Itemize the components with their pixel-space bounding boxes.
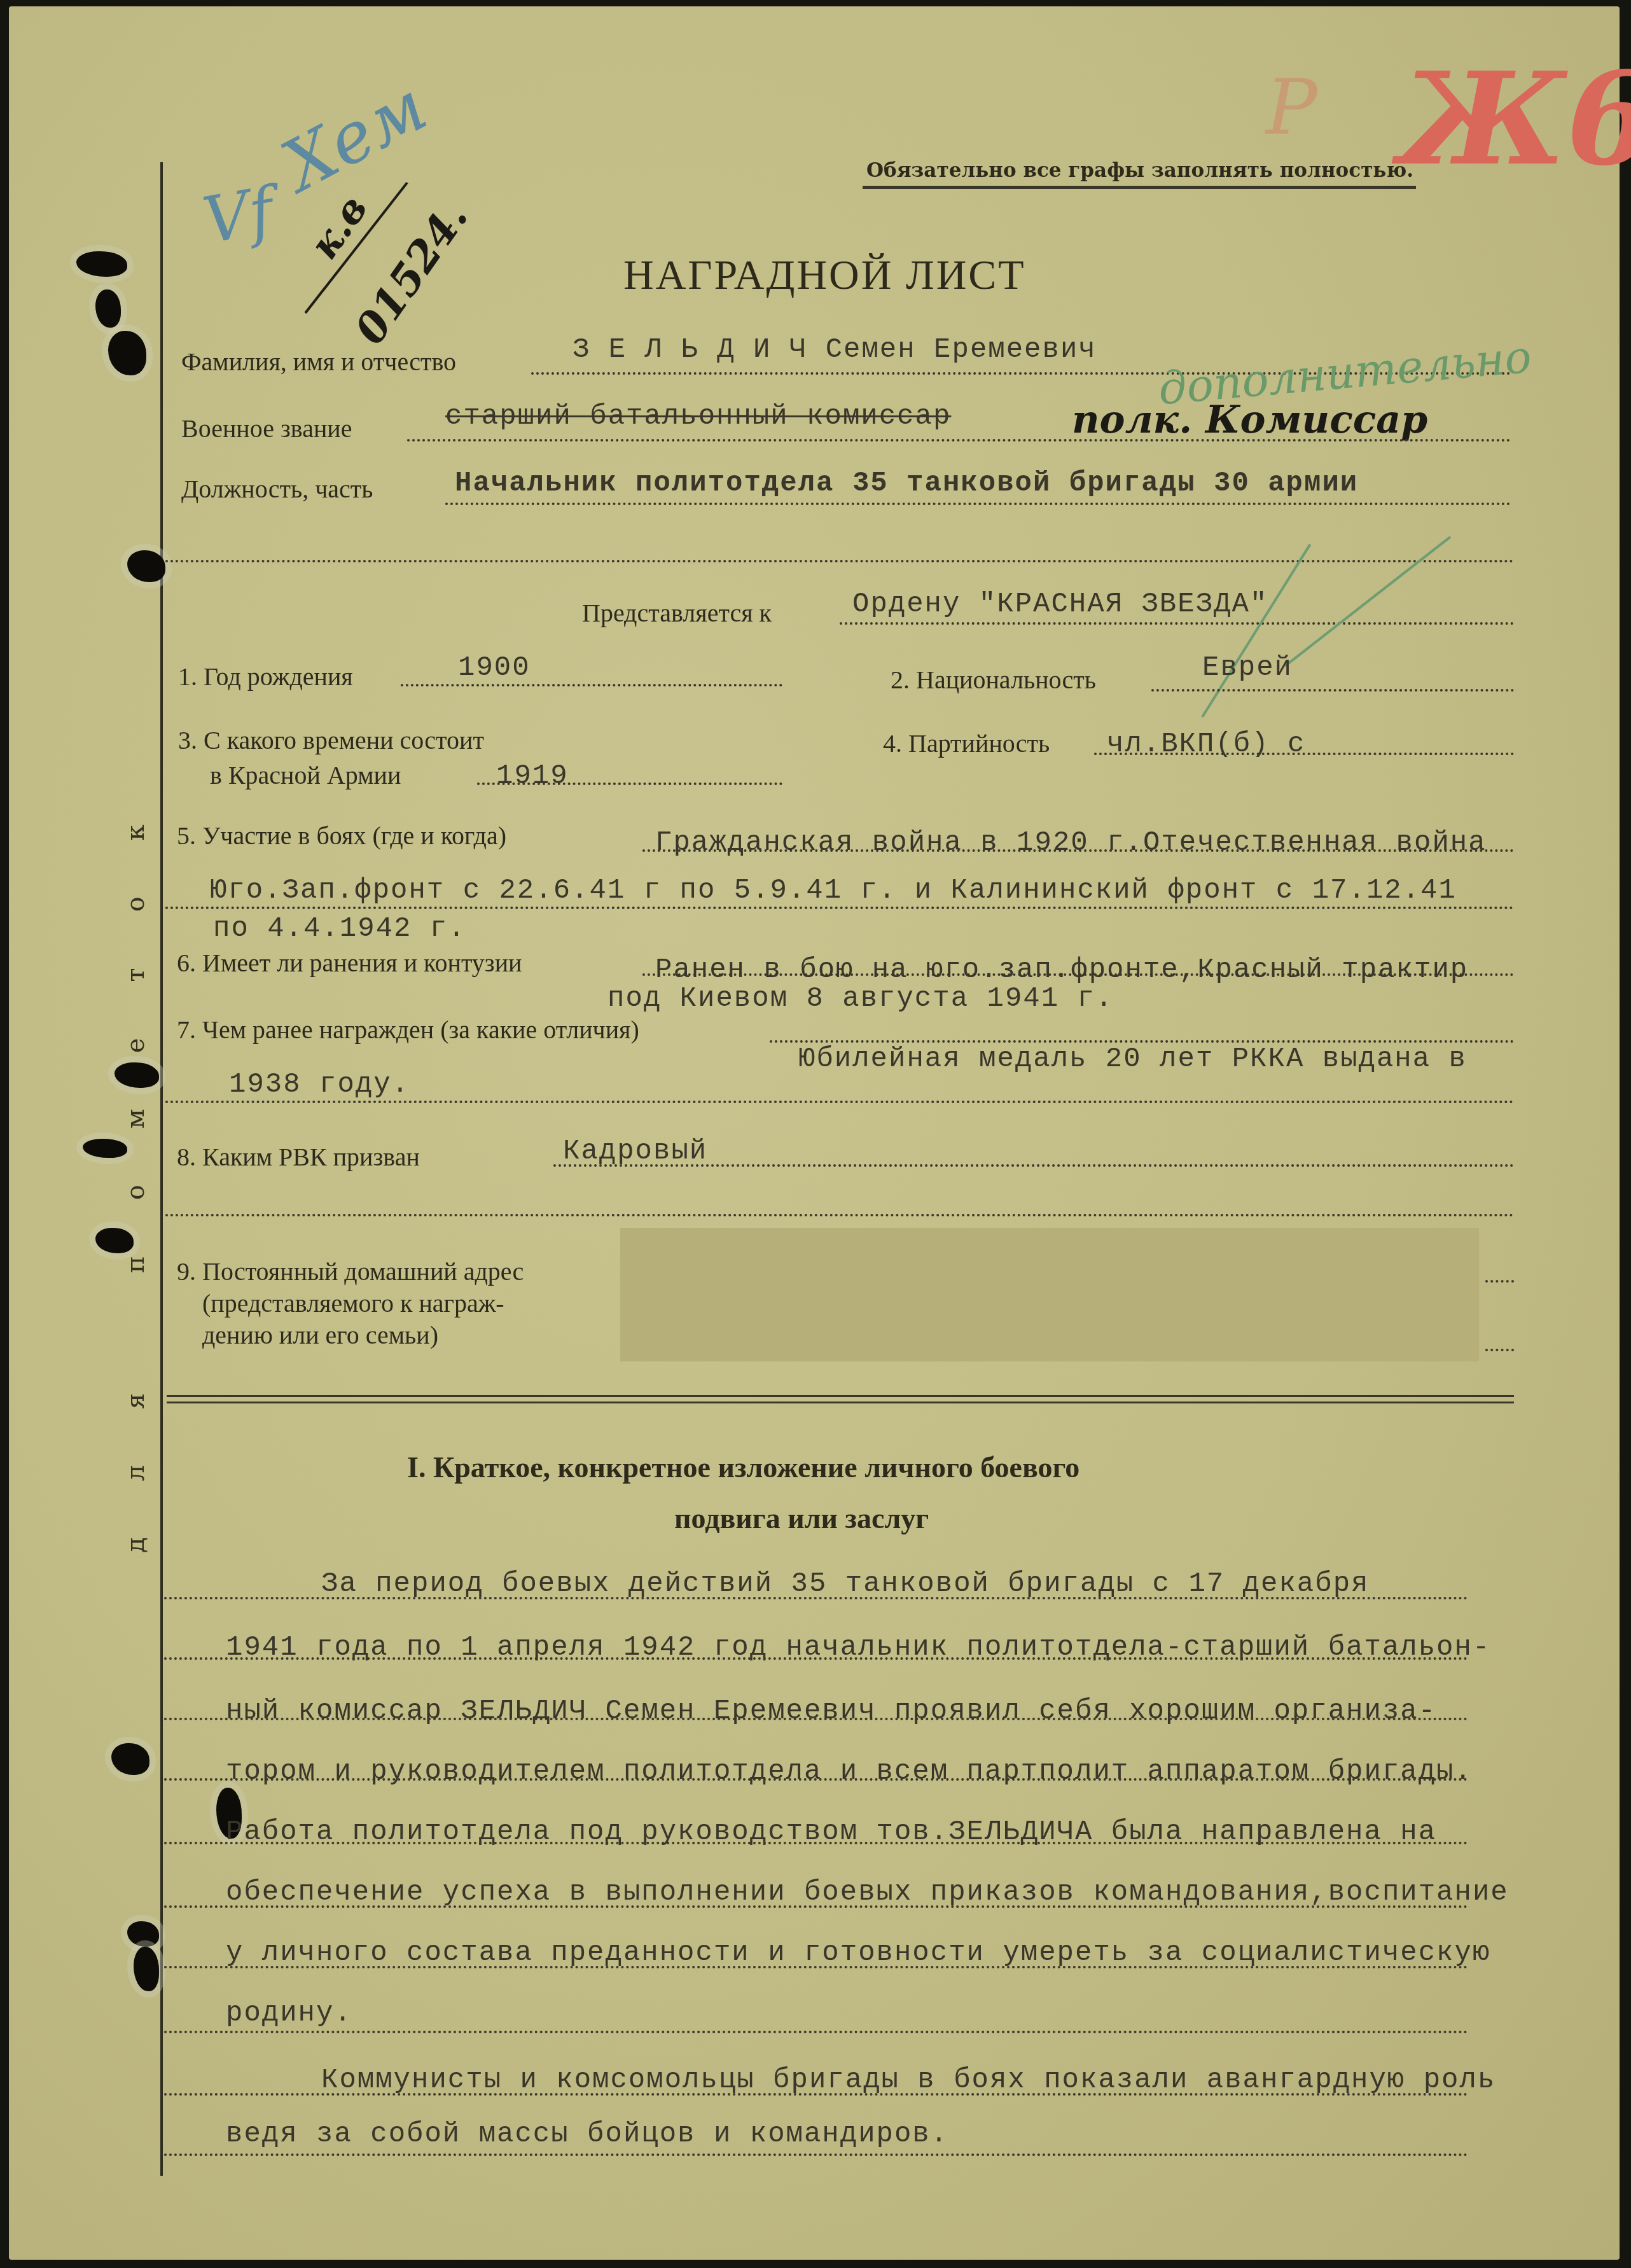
narrative-rule [164, 2153, 1468, 2156]
narrative-rule [164, 1966, 1468, 1968]
address-line [1485, 1349, 1514, 1351]
prior-awards-line-1: Юбилейная медаль 20 лет РККА выдана в [798, 1043, 1467, 1075]
rank-label: Военное звание [181, 414, 352, 443]
party-value: чл.ВКП(б) с [1107, 728, 1305, 760]
army-since-label-2: в Красной Армии [210, 760, 401, 790]
narrative-line: За период боевых действий 35 танковой бр… [321, 1568, 1369, 1600]
battles-label: 5. Участие в боях (где и когда) [177, 821, 506, 851]
section-divider [167, 1402, 1514, 1403]
narrative-line: Коммунисты и комсомольцы бригады в боях … [321, 2064, 1496, 2096]
narrative-line: обеспечение успеха в выполнении боевых п… [226, 1877, 1509, 1909]
wounds-line-2: под Киевом 8 августа 1941 г. [607, 983, 1113, 1015]
narrative-rule [164, 1718, 1468, 1720]
prior-awards-line [770, 1040, 1514, 1043]
redacted-address [620, 1228, 1479, 1361]
position-line [445, 503, 1511, 505]
battles-line [165, 907, 1514, 909]
birth-year-value: 1900 [458, 652, 531, 684]
birth-year-label: 1. Год рождения [178, 662, 353, 692]
narrative-line: ный комиссар ЗЕЛЬДИЧ Семен Еремеевич про… [226, 1695, 1436, 1727]
rvk-label: 8. Каким РВК призван [177, 1142, 420, 1172]
position-value: Начальник политотдела 35 танковой бригад… [455, 468, 1358, 499]
army-since-line [477, 783, 782, 785]
rvk-line [553, 1164, 1514, 1167]
birth-year-line [401, 684, 782, 686]
nationality-value: Еврей [1202, 652, 1293, 684]
blank-line [165, 560, 1514, 562]
narrative-rule [164, 1657, 1468, 1660]
rvk-value: Кадровый [563, 1136, 707, 1167]
position-label: Должность, часть [181, 474, 373, 504]
narrative-rule [164, 1778, 1468, 1781]
army-since-label-1: 3. С какого времени состоит [178, 725, 484, 755]
battles-line-3: по 4.4.1942 г. [213, 913, 466, 945]
fill-instruction: Обязательно все графы заполнять полность… [866, 159, 1413, 182]
address-line [1485, 1280, 1514, 1283]
document-title: НАГРАДНОЙ ЛИСТ [623, 251, 1026, 300]
party-label: 4. Партийность [883, 728, 1050, 758]
address-label-3: дению или его семьи) [202, 1320, 438, 1350]
narrative-rule [164, 2031, 1468, 2033]
blank-line [165, 1214, 1514, 1216]
rank-line [407, 439, 1511, 442]
address-label-2: (представляемого к награж- [202, 1288, 504, 1318]
prior-awards-line-2: 1938 году. [229, 1069, 410, 1101]
narrative-rule [164, 1905, 1468, 1908]
narrative-line: родину. [226, 1998, 352, 2029]
prior-awards-line [165, 1101, 1514, 1103]
section-heading: I. Краткое, конкретное изложение личного… [407, 1451, 1079, 1484]
name-value: З Е Л Ь Д И Ч Семен Еремеевич [573, 334, 1097, 366]
prior-awards-label: 7. Чем ранее награжден (за какие отличия… [177, 1015, 639, 1045]
nationality-line [1151, 689, 1514, 692]
party-line [1094, 753, 1514, 755]
instruction-underline [863, 186, 1416, 189]
wounds-line-1: Ранен в бою на юго.зап.фронте,Красный тр… [655, 954, 1468, 986]
rank-handwritten-value: полк. Комиссар [1072, 398, 1427, 442]
nationality-label: 2. Национальность [891, 665, 1096, 695]
award-label: Представляется к [582, 598, 772, 628]
award-value: Ордену "КРАСНАЯ ЗВЕЗДА" [852, 588, 1268, 620]
section-divider [167, 1395, 1514, 1397]
narrative-rule [164, 2093, 1468, 2096]
wounds-line [642, 973, 1514, 976]
blue-pencil-mark: Vf [198, 172, 279, 258]
wounds-label: 6. Имеет ли ранения и контузии [177, 948, 522, 978]
army-since-value: 1919 [496, 760, 569, 792]
battles-line [642, 849, 1514, 852]
margin-rule [160, 162, 163, 2176]
battles-line-1: Гражданская война в 1920 г.Отечественная… [655, 827, 1487, 859]
name-label: Фамилия, имя и отчество [181, 347, 456, 377]
rank-struck-value: старший батальонный комиссар [445, 401, 951, 433]
address-label-1: 9. Постоянный домашний адрес [177, 1256, 524, 1286]
section-heading: подвига или заслуг [674, 1501, 929, 1535]
award-line [840, 622, 1514, 625]
red-pencil-letter: Р [1266, 64, 1317, 152]
narrative-rule [164, 1597, 1468, 1599]
red-pencil-number: Ж6 [1399, 45, 1631, 194]
narrative-rule [164, 1842, 1468, 1844]
margin-caption: для пометок [121, 636, 159, 1686]
narrative-line: ведя за собой массы бойцов и командиров. [226, 2118, 948, 2150]
narrative-line: у личного состава преданности и готовнос… [226, 1937, 1490, 1969]
battles-line-2: Юго.Зап.фронт с 22.6.41 г по 5.9.41 г. и… [210, 875, 1457, 907]
narrative-line: тором и руководителем политотдела и всем… [226, 1756, 1473, 1788]
